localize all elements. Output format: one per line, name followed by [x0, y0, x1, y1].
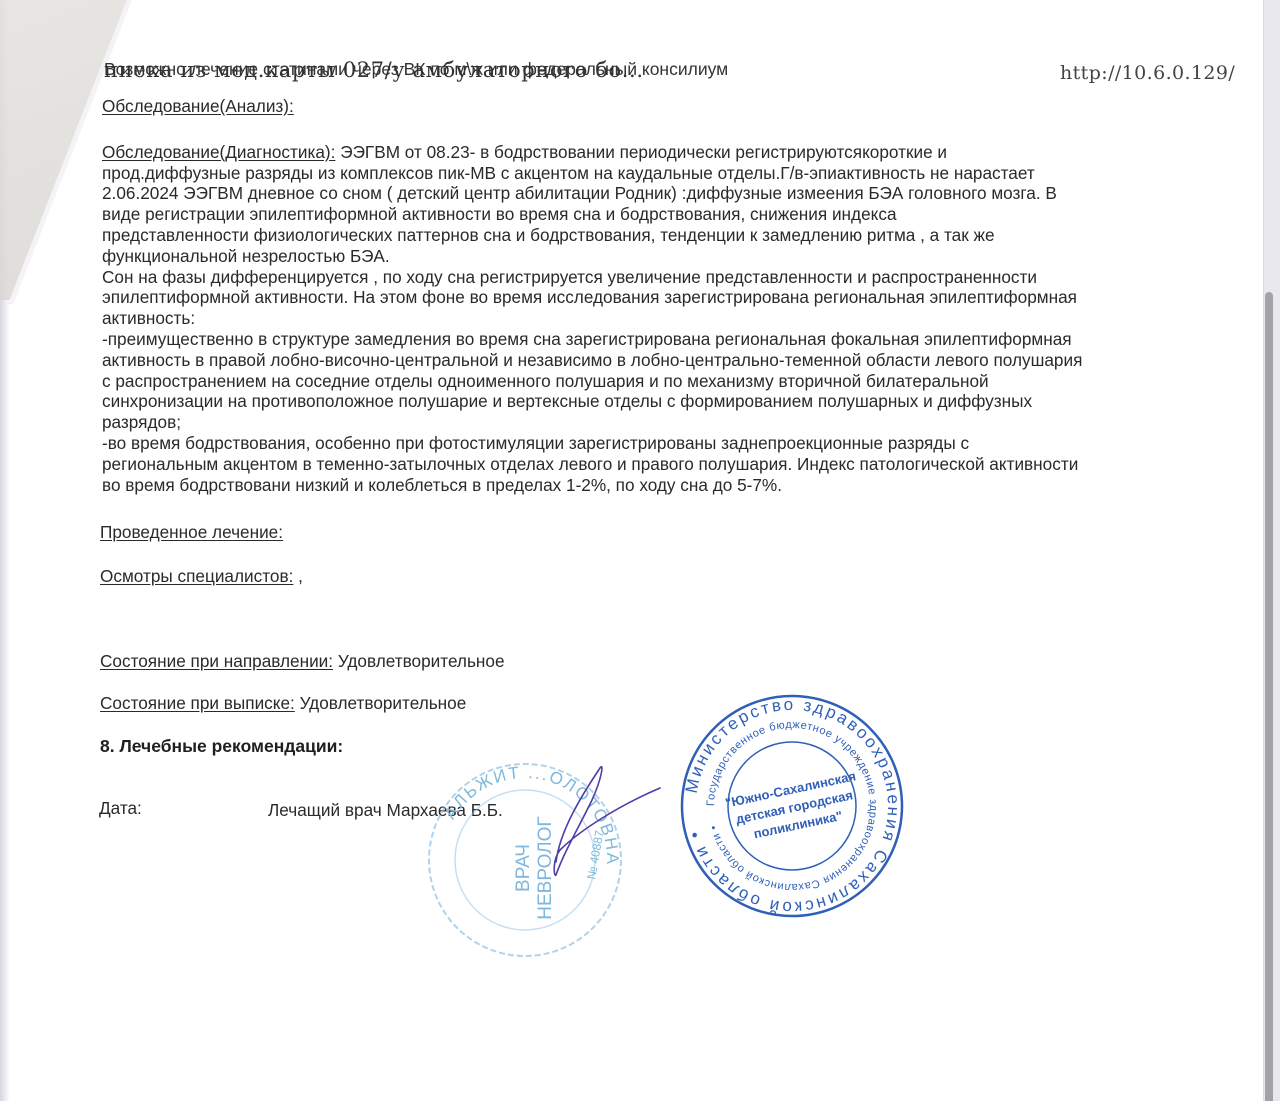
diagnostics-line: прод.диффузные разряды из комплексов пик…	[102, 163, 1212, 184]
diagnostics-line: -преимущественно в структуре замедления …	[102, 329, 1212, 350]
diagnostics-line: Сон на фазы дифференцируется , по ходу с…	[102, 267, 1212, 288]
diagnostics-line: активность:	[102, 308, 1212, 329]
header-overlap: пиека из мед.карты 027/у амбулаторного б…	[104, 58, 1004, 88]
section-label: Состояние при выписке:	[100, 693, 295, 713]
diagnostics-line: региональным акцентом в теменно-затылочн…	[102, 454, 1212, 475]
diagnostics-line: эпилептиформной активности. На этом фоне…	[102, 287, 1212, 308]
diagnostics-line: функциональной незрелостью БЭА.	[102, 246, 1212, 267]
recommendations-heading: 8. Лечебные рекомендации:	[100, 736, 343, 757]
section-analysis: Обследование(Анализ):	[102, 96, 1212, 117]
section-treatment: Проведенное лечение:	[100, 522, 283, 543]
diagnostics-line: -во время бодрствования, особенно при фо…	[102, 433, 1212, 454]
section-value: ,	[293, 566, 303, 586]
section-label: Обследование(Анализ):	[102, 96, 294, 116]
section-state-on-referral: Состояние при направлении: Удовлетворите…	[100, 651, 505, 672]
diagnostics-line: во время бодрствовани низкий и колеблеть…	[102, 475, 1212, 496]
section-value: Удовлетворительное	[295, 693, 466, 713]
print-header-url: http://10.6.0.129/	[1060, 62, 1235, 84]
section-value: Удовлетворительное	[333, 651, 504, 671]
diagnostics-line: синхронизации на противоположное полушар…	[102, 391, 1212, 412]
section-label: Проведенное лечение:	[100, 522, 283, 542]
diagnostics-line: виде регистрации эпилептиформной активно…	[102, 204, 1212, 225]
diagnostics-line: Обследование(Диагностика): ЭЭГВМ от 08.2…	[102, 142, 1212, 163]
section-label: Обследование(Диагностика):	[102, 142, 335, 162]
section-state-on-discharge: Состояние при выписке: Удовлетворительно…	[100, 693, 466, 714]
section-specialists: Осмотры специалистов: ,	[100, 566, 303, 587]
clinic-stamp: Министерство здравоохранения Сахалинской…	[678, 692, 906, 920]
diagnostics-line: представленности физиологических паттерн…	[102, 225, 1212, 246]
document-body: Обследование(Анализ): Обследование(Диагн…	[102, 96, 1212, 495]
document-page: пиека из мед.карты 027/у амбулаторного б…	[0, 0, 1264, 1101]
clinic-stamp-icon: Министерство здравоохранения Сахалинской…	[678, 692, 906, 920]
diagnostics-line: активность в правой лобно-височно-центра…	[102, 350, 1212, 371]
section-label: Осмотры специалистов:	[100, 566, 293, 586]
diagnostics-line: 2.06.2024 ЭЭГВМ дневное со сном ( детски…	[102, 183, 1212, 204]
date-label: Дата:	[99, 798, 142, 819]
header-note: Возможно лечение статинами через ВК по м…	[104, 59, 728, 80]
signature-icon	[530, 760, 680, 880]
diagnostics-line: с распространением на соседние отделы од…	[102, 371, 1212, 392]
section-diagnostics: Обследование(Диагностика): ЭЭГВМ от 08.2…	[102, 142, 1212, 496]
scrollbar-thumb[interactable]	[1265, 292, 1273, 1101]
doctor-signature	[530, 760, 680, 880]
diagnostics-line: разрядов;	[102, 412, 1212, 433]
section-label: Состояние при направлении:	[100, 651, 333, 671]
